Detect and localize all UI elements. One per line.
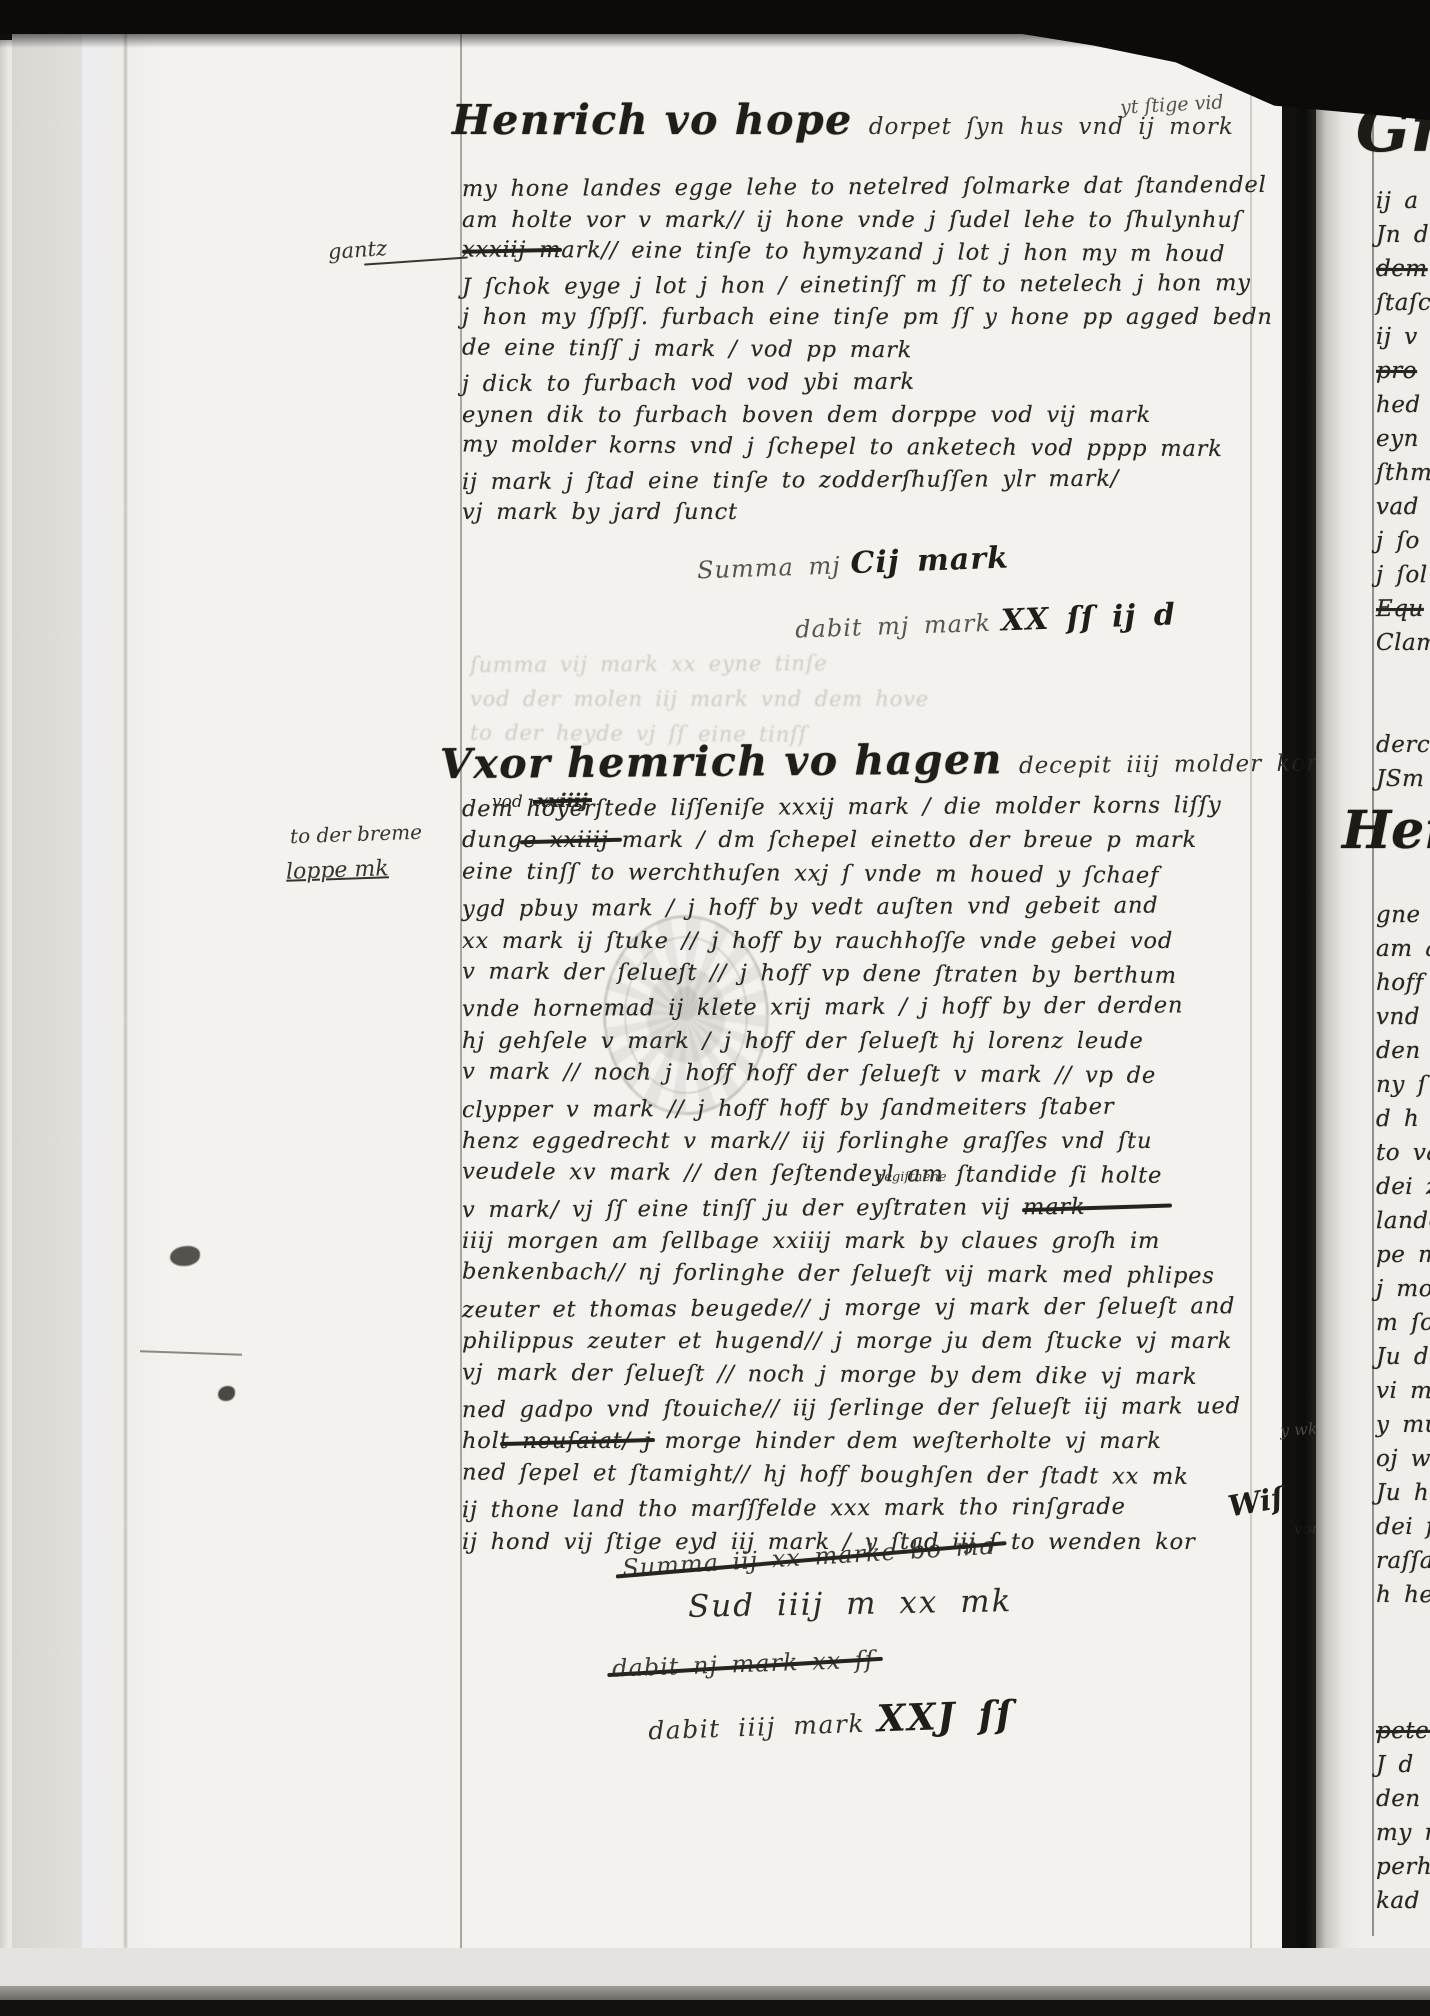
entry1-summa-line: Summa mjCij mark (696, 541, 1009, 587)
summa-amount: Cij mark (850, 541, 1009, 582)
manuscript-line-fragment: ij v (1376, 322, 1430, 356)
book-edge-bottom (0, 1948, 1430, 1986)
manuscript-line-fragment: j mo (1376, 1274, 1430, 1308)
manuscript-line: holt neuſaiat/ j morge hinder dem weſter… (462, 1426, 1287, 1459)
entry2-margin-note-1: to der breme (290, 820, 423, 849)
entry2-superscript-note: regiſthene (878, 1170, 947, 1185)
manuscript-line-fragment: pe m (1376, 1240, 1430, 1274)
manuscript-line-fragment: ſtaſc (1376, 288, 1430, 322)
manuscript-line-fragment: dei ſ (1376, 1512, 1430, 1546)
manuscript-line-fragment (1376, 662, 1430, 696)
manuscript-line-fragment: eyn (1376, 424, 1430, 458)
manuscript-line-fragment: vad (1376, 492, 1430, 526)
manuscript-line: benkenbach// nj forlinghe der ſelueſt vi… (462, 1257, 1287, 1295)
manuscript-line: j dick to furbach vod vod ybi mark (462, 365, 1282, 402)
manuscript-line-fragment: Clam (1376, 628, 1430, 662)
manuscript-line-fragment: gne (1376, 900, 1430, 934)
manuscript-line: iiij morgen am ſellbage xxiiij mark by c… (462, 1226, 1287, 1259)
entry2-margin-note-2: loppe mk (286, 856, 389, 885)
manuscript-line-fragment (1376, 798, 1430, 832)
manuscript-line-fragment: vi m (1376, 1376, 1430, 1410)
manuscript-line-fragment: m ſorl (1376, 1308, 1430, 1342)
manuscript-line-fragment: d h (1376, 1104, 1430, 1138)
manuscript-line: veudele xv mark // den ſeſtendeyl am ſta… (462, 1157, 1287, 1195)
ink-blot (218, 1386, 235, 1401)
entry1-heading-continuation: dorpet ſyn hus vnd ij mork (869, 114, 1234, 140)
entry1-heading: Henrich vo hope (452, 96, 853, 144)
book-cover-edge (0, 1986, 1430, 2000)
manuscript-line: ij thone land tho marſſfelde xxx mark th… (462, 1491, 1287, 1529)
ghost-line: vod der molen iij mark vnd dem hove (470, 682, 1250, 718)
right-page-margin-rule (1372, 76, 1374, 1936)
dabit-amount: XX ſſ ij d (1000, 597, 1176, 638)
manuscript-line: my molder korns vnd j ſchepel to anketec… (462, 429, 1282, 467)
manuscript-line-fragment: y mu (1376, 1410, 1430, 1444)
left-page: yt ſtige vid Henrich vo hopedorpet ſyn h… (12, 30, 1282, 1948)
entry1-paragraph: my hone landes egge lehe to netelred ſol… (462, 172, 1282, 530)
manuscript-line: vj mark der ſelueſt // noch j morge by d… (462, 1357, 1287, 1395)
right-page-margin-note: y wk (1280, 1419, 1318, 1440)
manuscript-line-fragment: j ſol (1376, 560, 1430, 594)
right-page-text-fragments: ij a Jn ddemſtaſcij vprohedeynſthmvadj ſ… (1376, 186, 1430, 1920)
manuscript-line: ned ſepel et ſtamight// hj hoff boughſen… (462, 1457, 1287, 1495)
manuscript-line: xx mark ij ſtuke // j hoff by rauchhoſſe… (462, 926, 1287, 959)
manuscript-line-fragment (1376, 1614, 1430, 1648)
manuscript-line-fragment: am a (1376, 934, 1430, 968)
summa-label: Summa mj (697, 551, 841, 584)
manuscript-line-fragment: Ju h (1376, 1478, 1430, 1512)
manuscript-line: zeuter et thomas beugede// j morge vj ma… (462, 1291, 1287, 1329)
entry2-heading-line: Vxor hemrich vo hagendecepit iiij molder… (440, 732, 1392, 788)
manuscript-line-fragment: dei za (1376, 1172, 1430, 1206)
manuscript-line-fragment (1376, 696, 1430, 730)
manuscript-line: clypper v mark // j hoff hoff by ſandmei… (462, 1090, 1287, 1128)
manuscript-line-fragment: vnd (1376, 1002, 1430, 1036)
fold-crease (124, 30, 127, 1948)
manuscript-line-fragment: hoff (1376, 968, 1430, 1002)
manuscript-line: v mark der ſelueſt // j hoff vp dene ſtr… (462, 956, 1287, 994)
manuscript-line: henz eggedrecht v mark// iij forlinghe g… (462, 1126, 1287, 1159)
manuscript-line: j hon my ſſpſſ. furbach eine tinſe pm ſſ… (462, 302, 1282, 335)
manuscript-line-fragment: perhen (1376, 1852, 1430, 1886)
entry2-dabit-struck: dabit nj mark xx ſſ (612, 1645, 876, 1682)
ink-blot (170, 1246, 200, 1266)
dabit-label: dabit mj mark (795, 609, 992, 644)
entry2-dabit-final: dabit iiij markXXJ ſſ (647, 1692, 1014, 1749)
manuscript-line-fragment: oj w (1376, 1444, 1430, 1478)
manuscript-line: J ſchok eyge j lot j hon / einetinſſ m ſ… (462, 267, 1282, 304)
manuscript-line: hj gehſele v mark / j hoff der ſelueſt h… (462, 1026, 1287, 1059)
manuscript-line-fragment: h her (1376, 1580, 1430, 1614)
manuscript-line-fragment (1376, 832, 1430, 866)
manuscript-line-fragment: to va (1376, 1138, 1430, 1172)
manuscript-line: vj mark by jard ſunct (462, 497, 1282, 530)
manuscript-line: ygd pbuy mark / j hoff by vedt auſten vn… (462, 890, 1287, 928)
manuscript-line-fragment (1376, 1648, 1430, 1682)
manuscript-line-fragment: den ſ (1376, 1036, 1430, 1070)
manuscript-scan: yt ſtige vid Henrich vo hopedorpet ſyn h… (0, 0, 1430, 2016)
manuscript-line-fragment: Equ (1376, 594, 1430, 628)
manuscript-line-fragment: lande (1376, 1206, 1430, 1240)
manuscript-line-fragment: den d (1376, 1784, 1430, 1818)
manuscript-line: v mark/ vj ſſ eine tinſſ ju der eyſtrate… (462, 1191, 1287, 1229)
entry1-heading-line: Henrich vo hopedorpet ſyn hus vnd ij mor… (452, 96, 1234, 144)
manuscript-line: ned gadpo vnd ſtouiche// iij ſerlinge de… (462, 1391, 1287, 1429)
manuscript-line: xxxiij mark// eine tinſe to hymyzand j l… (462, 234, 1282, 272)
entry2-summa-corrected: Sud iiij m xx mk (688, 1583, 1013, 1625)
manuscript-line-fragment: Jn d (1376, 220, 1430, 254)
manuscript-line-fragment (1376, 1682, 1430, 1716)
manuscript-line-fragment: hed (1376, 390, 1430, 424)
manuscript-line: am holte vor v mark// ij hone vnde j ſud… (462, 205, 1282, 238)
manuscript-line-fragment: raſſa (1376, 1546, 1430, 1580)
manuscript-line-fragment: Ju de (1376, 1342, 1430, 1376)
ghost-line: ſumma vij mark xx eyne tinſe (470, 644, 1250, 684)
entry1-margin-note: gantz (327, 236, 388, 264)
manuscript-line-fragment: ſthm (1376, 458, 1430, 492)
entry2-heading: Vxor hemrich vo hagen (440, 735, 1003, 788)
entry1-dabit-line: dabit mj markXX ſſ ij d (795, 597, 1177, 645)
manuscript-line: eynen dik to furbach boven dem dorppe vo… (462, 400, 1282, 433)
manuscript-line: v mark // noch j hoff hoff der ſelueſt v… (462, 1057, 1287, 1095)
manuscript-line-fragment: peter (1376, 1716, 1430, 1750)
manuscript-line-fragment: my ran (1376, 1818, 1430, 1852)
manuscript-line-fragment: ij a (1376, 186, 1430, 220)
manuscript-line: eine tinſſ to werchthuſen xxj ſ vnde m h… (462, 856, 1287, 894)
manuscript-line: my hone landes egge lehe to netelred ſol… (462, 170, 1282, 207)
dabit-amount: XXJ ſſ (876, 1692, 1014, 1741)
manuscript-line: de eine tinſſ j mark / vod pp mark (462, 332, 1282, 370)
manuscript-line-fragment: JSm (1376, 764, 1430, 798)
entry2-paragraph: dem hoyerſtede liſſeniſe xxxij mark / di… (462, 792, 1287, 1560)
manuscript-line-fragment: dem (1376, 254, 1430, 288)
manuscript-line-fragment: J d (1376, 1750, 1430, 1784)
manuscript-line-fragment: pro (1376, 356, 1430, 390)
manuscript-line-fragment: ny ſ (1376, 1070, 1430, 1104)
manuscript-line: philippus zeuter et hugend// j morge ju … (462, 1326, 1287, 1359)
manuscript-line-fragment: j ſo (1376, 526, 1430, 560)
manuscript-line-fragment (1376, 866, 1430, 900)
manuscript-line: dunge xxiiij mark / dm ſchepel einetto d… (462, 825, 1287, 858)
scratch-mark (140, 1350, 242, 1356)
manuscript-line: dem hoyerſtede liſſeniſe xxxij mark / di… (462, 790, 1287, 828)
dabit-label: dabit iiij mark (648, 1709, 866, 1746)
right-page: Gr Hen y wk ij a Jn ddemſtaſcij vprohede… (1316, 36, 1430, 1948)
manuscript-line-fragment: kad c (1376, 1886, 1430, 1920)
manuscript-line: ij mark j ſtad eine tinſe to zodderſhuſſ… (462, 462, 1282, 499)
manuscript-line: vnde hornemad ij klete xrij mark / j hof… (462, 990, 1287, 1028)
photo-border-bottom (0, 2000, 1430, 2016)
manuscript-line-fragment: derct (1376, 730, 1430, 764)
